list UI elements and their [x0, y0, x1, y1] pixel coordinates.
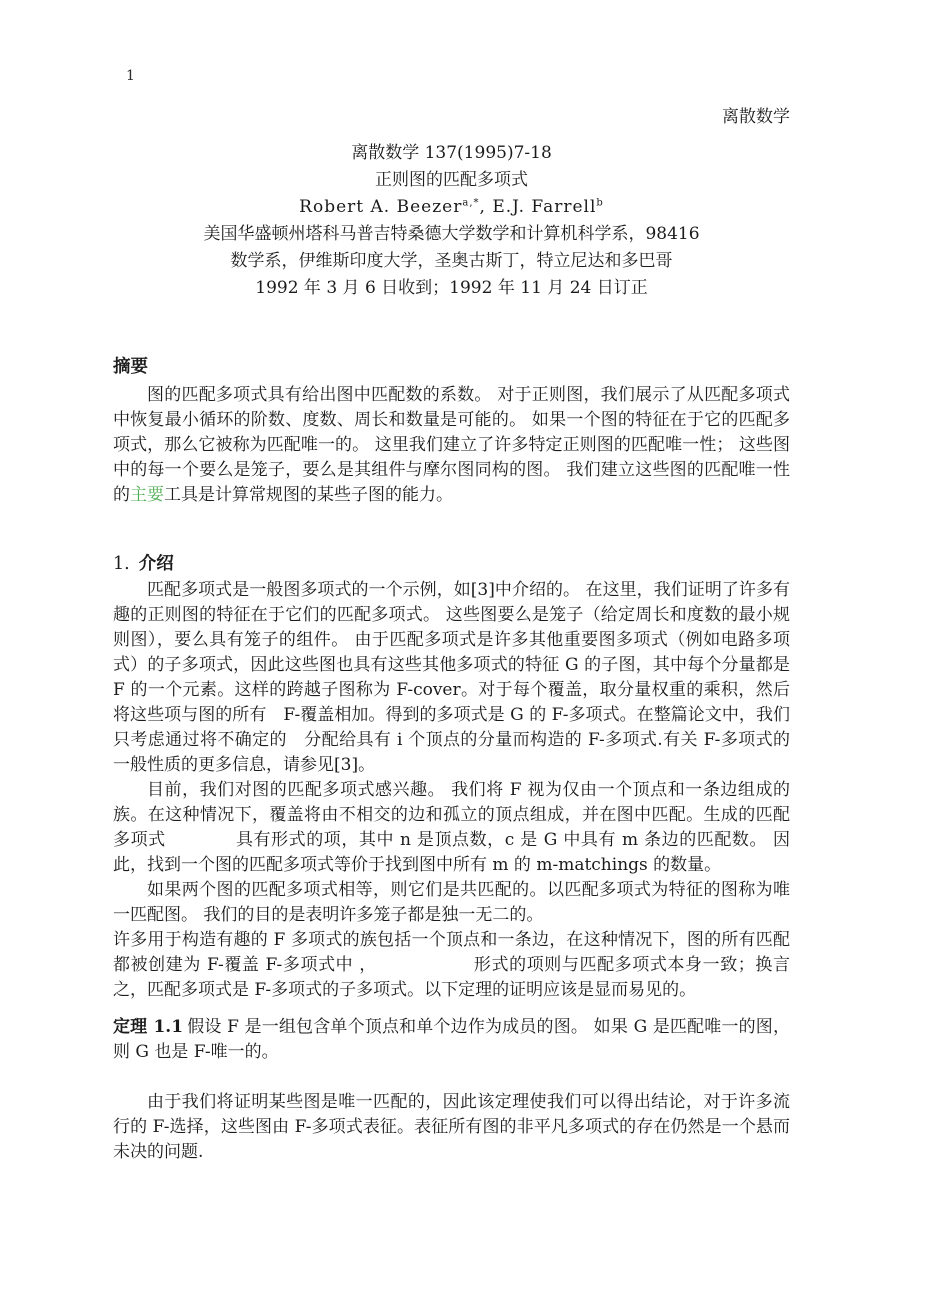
- journal-citation: 离散数学 137(1995)7-18: [113, 140, 790, 167]
- author-1: Robert A. Beezer: [299, 197, 462, 217]
- intro-paragraph-1: 匹配多项式是一般图多项式的一个示例，如[3]中介绍的。 在这里，我们证明了许多有…: [113, 578, 790, 778]
- theorem-label: 定理 1.1: [113, 1017, 183, 1037]
- authors-line: Robert A. Beezera,*, E.J. Farrellb: [113, 194, 790, 221]
- paper-title: 正则图的匹配多项式: [113, 167, 790, 194]
- closing-paragraph: 由于我们将证明某些图是唯一匹配的，因此该定理使我们可以得出结论，对于许多流行的 …: [113, 1090, 790, 1165]
- intro-paragraph-2: 目前，我们对图的匹配多项式感兴趣。 我们将 F 视为仅由一个顶点和一条边组成的族…: [113, 778, 790, 878]
- intro-paragraph-4: 许多用于构造有趣的 F 多项式的族包括一个顶点和一条边，在这种情况下，图的所有匹…: [113, 928, 790, 1003]
- document-page: 1 离散数学 离散数学 137(1995)7-18 正则图的匹配多项式 Robe…: [0, 0, 926, 1309]
- abstract-text-after-highlight: 工具是计算常规图的某些子图的能力。: [164, 485, 453, 505]
- theorem-1-1: 定理 1.1假设 F 是一组包含单个顶点和单个边作为成员的图。 如果 G 是匹配…: [113, 1015, 790, 1065]
- affiliation-line-1: 美国华盛顿州塔科马普吉特桑德大学数学和计算机科学系，98416: [113, 221, 790, 248]
- intro-paragraph-3: 如果两个图的匹配多项式相等，则它们是共匹配的。以匹配多项式为特征的图称为唯一匹配…: [113, 878, 790, 928]
- affiliation-line-2: 数学系，伊维斯印度大学，圣奥古斯丁，特立尼达和多巴哥: [113, 248, 790, 275]
- author-2-affiliation-mark: b: [596, 197, 603, 208]
- author-1-affiliation-mark: a,*: [462, 197, 479, 208]
- abstract-paragraph: 图的匹配多项式具有给出图中匹配数的系数。 对于正则图，我们展示了从匹配多项式中恢…: [113, 383, 790, 508]
- title-block: 离散数学 137(1995)7-18 正则图的匹配多项式 Robert A. B…: [113, 140, 790, 302]
- running-head-journal: 离散数学: [113, 104, 790, 131]
- section-heading-introduction: 1.介绍: [113, 551, 790, 578]
- received-revised-dates: 1992 年 3 月 6 日收到；1992 年 11 月 24 日订正: [113, 275, 790, 302]
- theorem-body: 假设 F 是一组包含单个顶点和单个边作为成员的图。 如果 G 是匹配唯一的图，则…: [113, 1017, 790, 1062]
- authors-separator: ,: [480, 197, 493, 217]
- section-number: 1.: [113, 554, 130, 574]
- section-title: 介绍: [139, 554, 174, 574]
- page-content: 离散数学 离散数学 137(1995)7-18 正则图的匹配多项式 Robert…: [113, 0, 790, 1165]
- author-2: E.J. Farrell: [492, 197, 596, 217]
- abstract-heading: 摘要: [113, 354, 790, 381]
- highlighted-text: 主要: [130, 485, 164, 505]
